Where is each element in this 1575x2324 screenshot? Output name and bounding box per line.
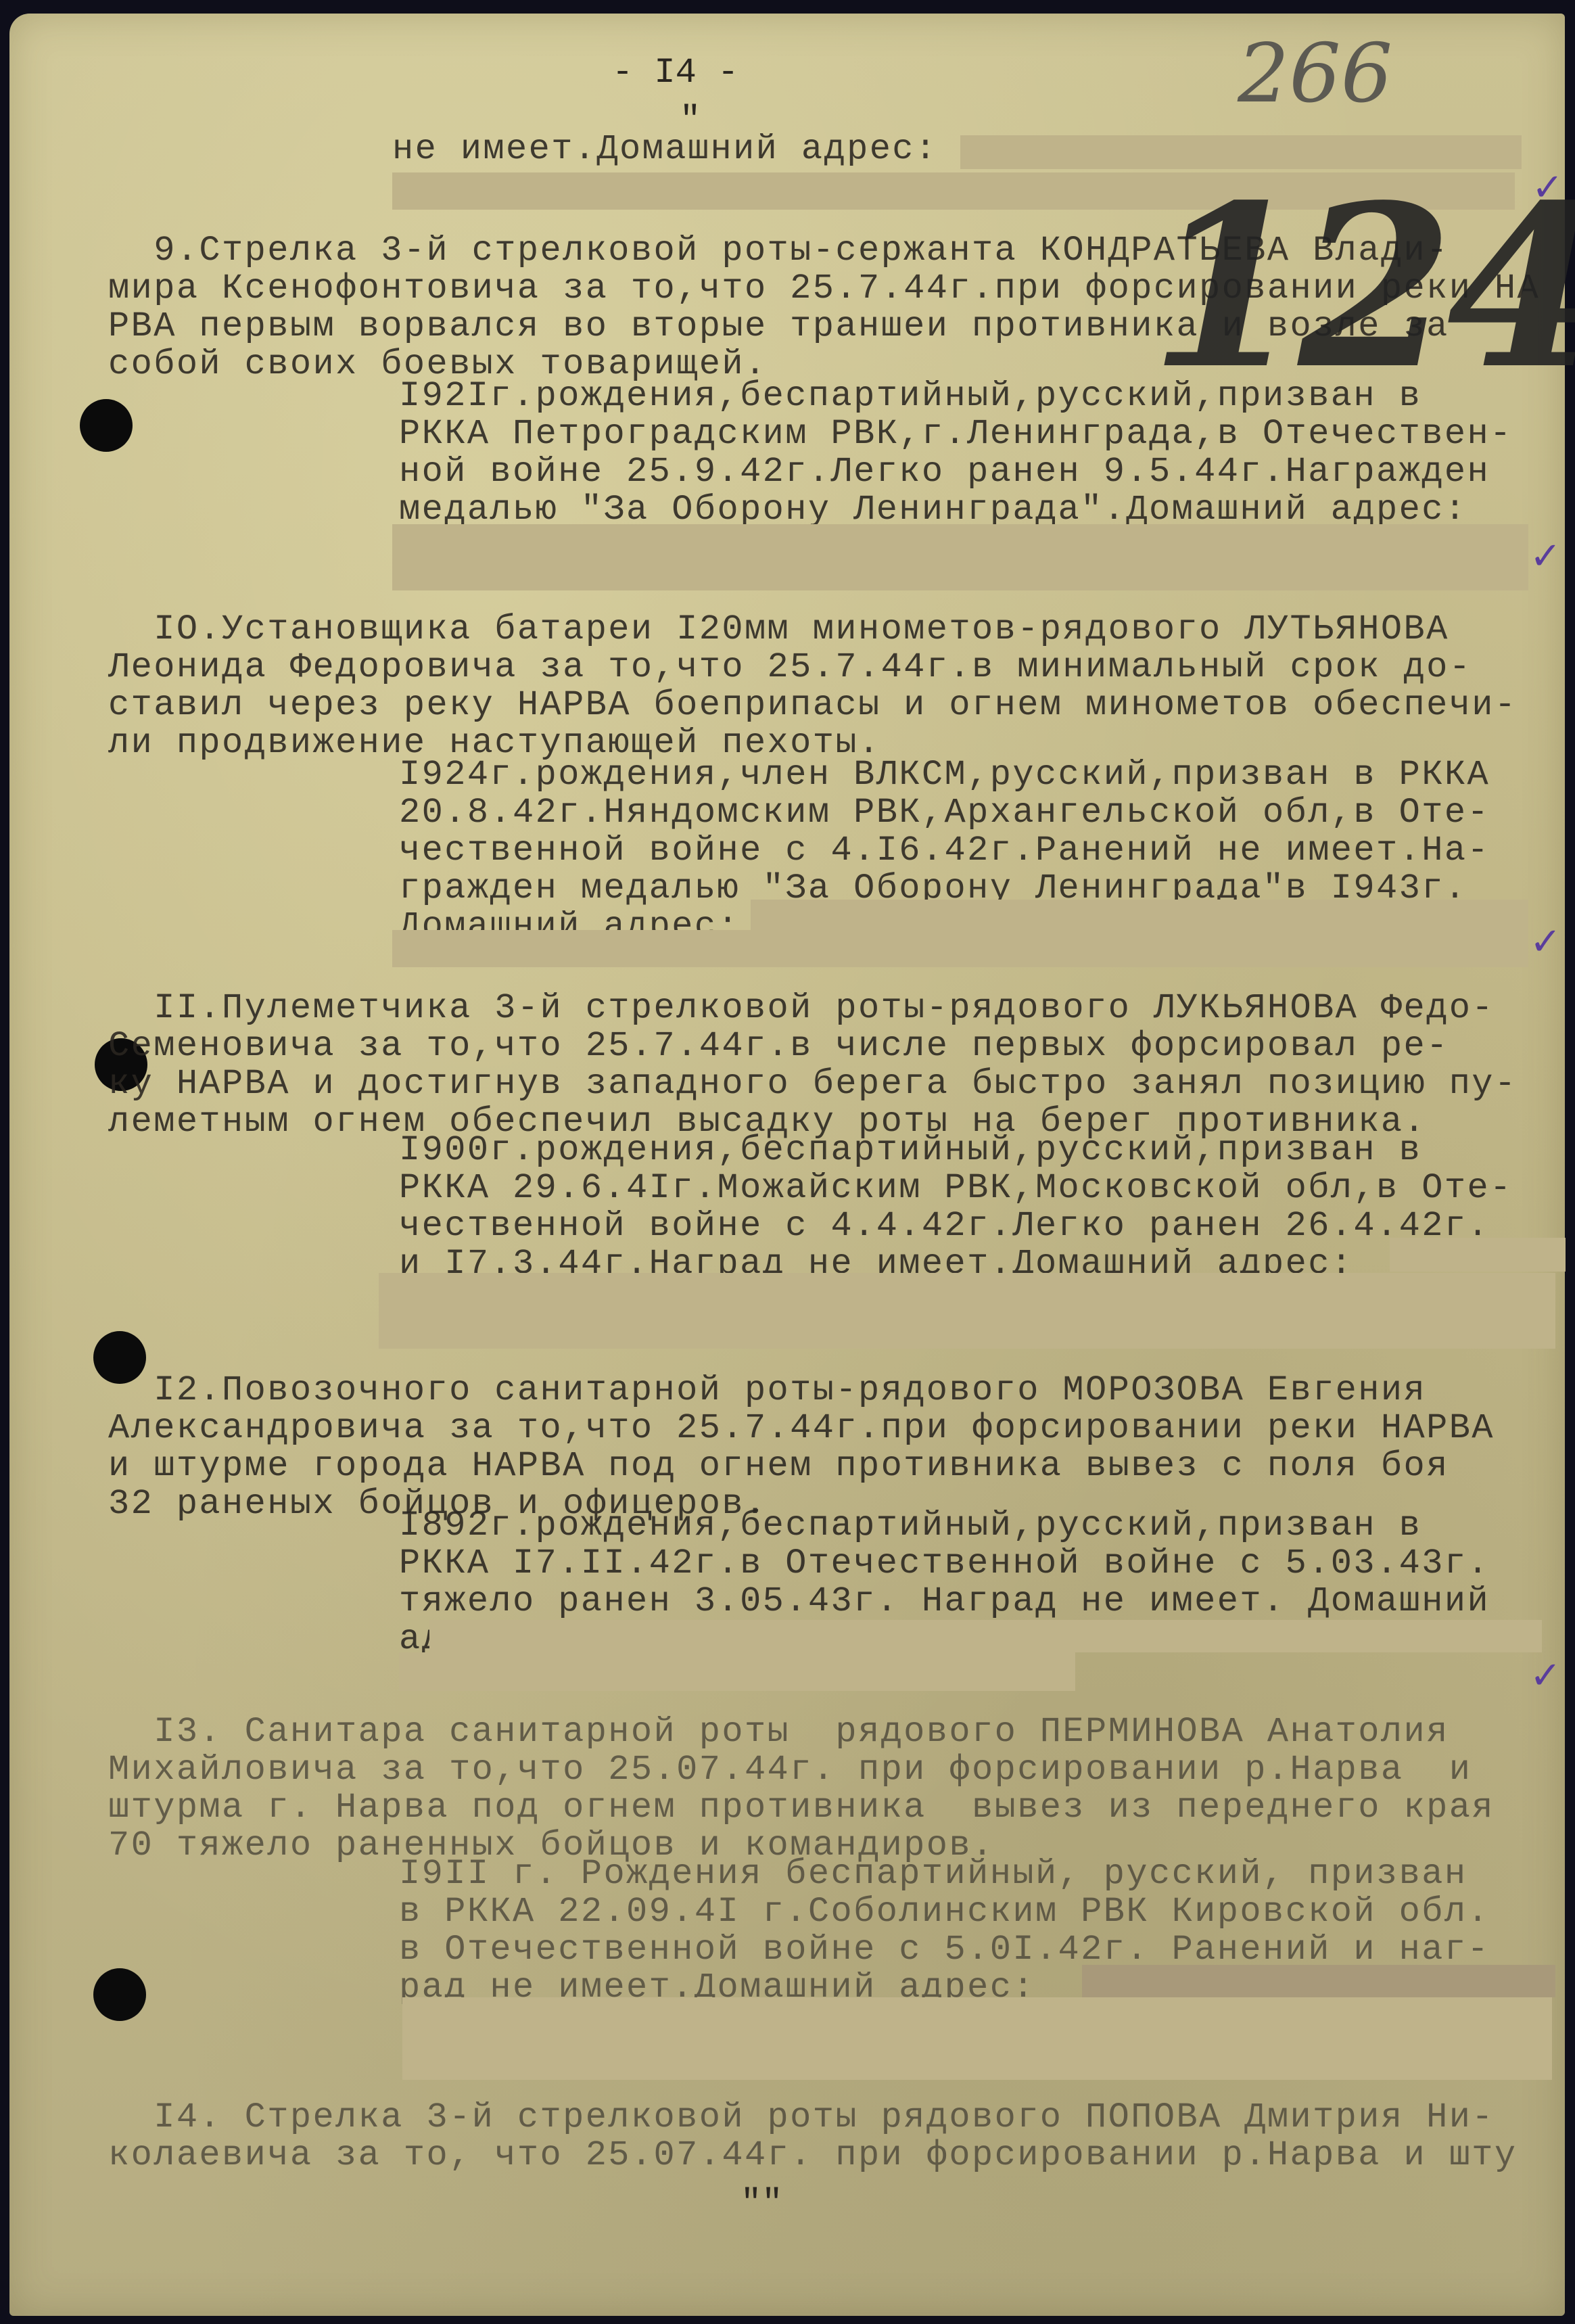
page-number: - I4 - — [612, 53, 738, 93]
biography-line: чественной войне с 4.4.42г.Легко ранен 2… — [399, 1205, 1490, 1247]
redacted-address — [392, 930, 1528, 967]
biography-line: 20.8.42г.Няндомским РВК,Архангельской об… — [399, 792, 1490, 834]
redacted-address — [1082, 1965, 1555, 1997]
citation-line: колаевича за то, что 25.07.44г. при форс… — [108, 2135, 1518, 2177]
biography-line: чественной войне с 4.I6.42г.Ранений не и… — [399, 830, 1490, 872]
continuation-line: не имеет.Домашний адрес: — [392, 129, 938, 170]
punch-hole — [93, 1968, 146, 2021]
redacted-address — [399, 1652, 1075, 1691]
biography-line: I892г.рождения,беспартийный,русский,приз… — [399, 1505, 1421, 1547]
citation-line: Семеновича за то,что 25.7.44г.в числе пе… — [108, 1025, 1449, 1067]
citation-line: IO.Установщика батареи I20мм минометов-р… — [108, 609, 1449, 651]
citation-line: I4. Стрелка 3-й стрелковой роты рядового… — [108, 2097, 1495, 2139]
redacted-address — [392, 524, 1528, 590]
punch-hole — [80, 399, 133, 452]
redacted-address — [1390, 1238, 1566, 1272]
citation-line: и штурме города НАРВА под огнем противни… — [108, 1445, 1449, 1487]
ditto-mark: "" — [741, 2183, 782, 2223]
citation-line: I2.Повозочного санитарной роты-рядового … — [108, 1370, 1426, 1412]
citation-line: Александровича за то,что 25.7.44г.при фо… — [108, 1408, 1495, 1449]
biography-line: тяжело ранен 3.05.43г. Наград не имеет. … — [399, 1581, 1490, 1623]
biography-line: I924г.рождения,член ВЛКСМ,русский,призва… — [399, 754, 1490, 796]
biography-line: РККА I7.II.42г.в Отечественной войне с 5… — [399, 1543, 1490, 1585]
redacted-address — [751, 900, 1528, 930]
biography-line: РККА Петроградским РВК,г.Ленинграда,в От… — [399, 413, 1513, 455]
archive-number: 266 — [1238, 27, 1392, 121]
biography-line: ной войне 25.9.42г.Легко ранен 9.5.44г.Н… — [399, 451, 1490, 493]
citation-line: I3. Санитара санитарной роты рядового ПЕ… — [108, 1711, 1449, 1753]
citation-line: Леонида Федоровича за то,что 25.7.44г.в … — [108, 647, 1472, 689]
citation-line: штурма г. Нарва под огнем противника выв… — [108, 1787, 1495, 1829]
check-icon: ✓ — [1530, 920, 1561, 964]
redacted-address — [402, 1997, 1552, 2080]
check-icon: ✓ — [1530, 534, 1561, 578]
biography-line: I900г.рождения,беспартийный,русский,приз… — [399, 1130, 1421, 1171]
check-icon: ✓ — [1530, 1654, 1561, 1698]
handwritten-number: 124 — [1150, 156, 1575, 418]
redacted-address — [379, 1273, 1555, 1349]
biography-line: в РККА 22.09.4I г.Соболинским РВК Кировс… — [399, 1891, 1490, 1933]
redacted-address — [429, 1620, 1542, 1652]
citation-line: Михайловича за то,что 25.07.44г. при фор… — [108, 1749, 1472, 1791]
citation-line: II.Пулеметчика 3-й стрелковой роты-рядов… — [108, 987, 1495, 1029]
biography-line: РККА 29.6.4Iг.Можайским РВК,Московской о… — [399, 1167, 1513, 1209]
citation-line: ку НАРВА и достигнув западного берега бы… — [108, 1063, 1518, 1105]
biography-line: I9II г. Рождения беспартийный, русский, … — [399, 1853, 1467, 1895]
citation-line: ставил через реку НАРВА боеприпасы и огн… — [108, 684, 1518, 726]
